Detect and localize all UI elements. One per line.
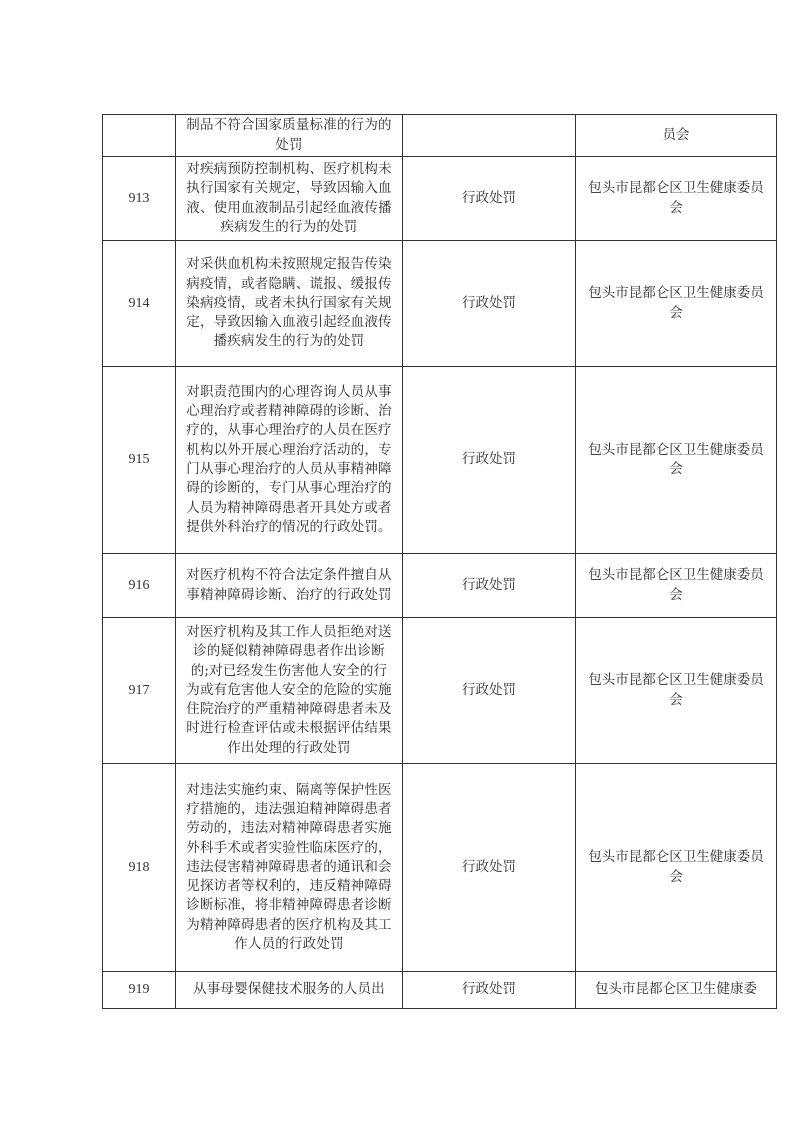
item-department: 包头市昆都仑区卫生健康委员会 xyxy=(576,554,777,618)
item-number: 913 xyxy=(103,157,176,241)
admin-penalty-table: 制品不符合国家质量标准的行为的处罚 员会 913 对疾病预防控制机构、医疗机构未… xyxy=(102,114,777,1009)
item-type xyxy=(403,115,576,157)
item-type: 行政处罚 xyxy=(403,618,576,764)
table-row: 914 对采供血机构未按照规定报告传染病疫情，或者隐瞒、谎报、缓报传染病疫情，或… xyxy=(103,241,777,367)
item-number: 918 xyxy=(103,764,176,972)
item-name: 对采供血机构未按照规定报告传染病疫情，或者隐瞒、谎报、缓报传染病疫情，或者未执行… xyxy=(176,241,403,367)
item-department: 包头市昆都仑区卫生健康委员会 xyxy=(576,764,777,972)
table-row: 915 对职责范围内的心理咨询人员从事心理治疗或者精神障碍的诊断、治疗的，从事心… xyxy=(103,367,777,554)
item-department: 包头市昆都仑区卫生健康委员会 xyxy=(576,367,777,554)
item-type: 行政处罚 xyxy=(403,367,576,554)
item-department: 包头市昆都仑区卫生健康委 xyxy=(576,972,777,1009)
table-row: 917 对医疗机构及其工作人员拒绝对送诊的疑似精神障碍患者作出诊断的;对已经发生… xyxy=(103,618,777,764)
item-name: 制品不符合国家质量标准的行为的处罚 xyxy=(176,115,403,157)
table-row: 919 从事母婴保健技术服务的人员出 行政处罚 包头市昆都仑区卫生健康委 xyxy=(103,972,777,1009)
table-row: 916 对医疗机构不符合法定条件擅自从事精神障碍诊断、治疗的行政处罚 行政处罚 … xyxy=(103,554,777,618)
item-name: 对医疗机构不符合法定条件擅自从事精神障碍诊断、治疗的行政处罚 xyxy=(176,554,403,618)
item-number: 916 xyxy=(103,554,176,618)
item-number: 919 xyxy=(103,972,176,1009)
item-department: 包头市昆都仑区卫生健康委员会 xyxy=(576,618,777,764)
item-type: 行政处罚 xyxy=(403,764,576,972)
item-department: 包头市昆都仑区卫生健康委员会 xyxy=(576,157,777,241)
table-row: 918 对违法实施约束、隔离等保护性医疗措施的，违法强迫精神障碍患者劳动的，违法… xyxy=(103,764,777,972)
item-number: 917 xyxy=(103,618,176,764)
table-row: 制品不符合国家质量标准的行为的处罚 员会 xyxy=(103,115,777,157)
item-number xyxy=(103,115,176,157)
table-row: 913 对疾病预防控制机构、医疗机构未执行国家有关规定，导致因输入血液、使用血液… xyxy=(103,157,777,241)
item-type: 行政处罚 xyxy=(403,157,576,241)
item-number: 914 xyxy=(103,241,176,367)
item-type: 行政处罚 xyxy=(403,554,576,618)
item-type: 行政处罚 xyxy=(403,241,576,367)
item-department: 员会 xyxy=(576,115,777,157)
item-name: 对违法实施约束、隔离等保护性医疗措施的，违法强迫精神障碍患者劳动的，违法对精神障… xyxy=(176,764,403,972)
item-department: 包头市昆都仑区卫生健康委员会 xyxy=(576,241,777,367)
item-name: 从事母婴保健技术服务的人员出 xyxy=(176,972,403,1009)
item-type: 行政处罚 xyxy=(403,972,576,1009)
item-name: 对医疗机构及其工作人员拒绝对送诊的疑似精神障碍患者作出诊断的;对已经发生伤害他人… xyxy=(176,618,403,764)
item-name: 对职责范围内的心理咨询人员从事心理治疗或者精神障碍的诊断、治疗的，从事心理治疗的… xyxy=(176,367,403,554)
item-number: 915 xyxy=(103,367,176,554)
item-name: 对疾病预防控制机构、医疗机构未执行国家有关规定，导致因输入血液、使用血液制品引起… xyxy=(176,157,403,241)
